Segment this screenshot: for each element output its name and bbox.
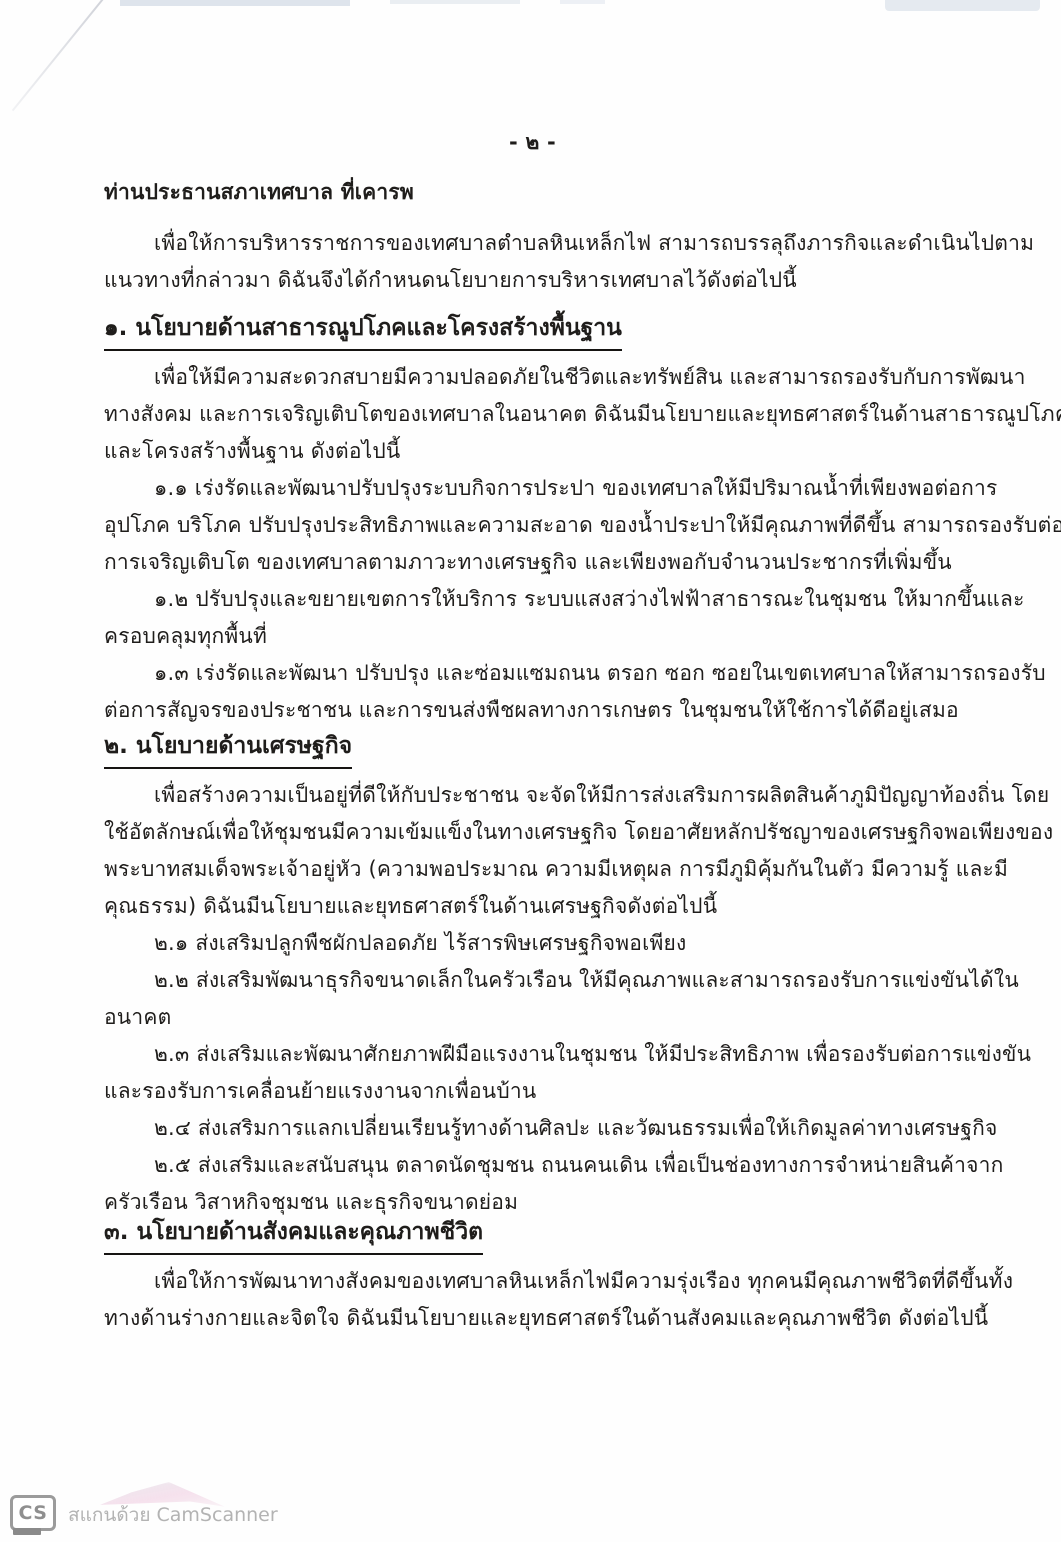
camscanner-logo-box: CS xyxy=(10,1495,56,1531)
policy-item-2-5: ๒.๕ ส่งเสริมและสนับสนุน ตลาดนัดชุมชน ถนน… xyxy=(104,1147,961,1221)
policy-item-1-3: ๑.๓ เร่งรัดและพัฒนา ปรับปรุง และซ่อมแซมถ… xyxy=(104,655,961,729)
text-line: ๒.๔ ส่งเสริมการแลกเปลี่ยนเรียนรู้ทางด้าน… xyxy=(104,1110,961,1147)
section-3-intro-paragraph: เพื่อให้การพัฒนาทางสังคมของเทศบาลหินเหล็… xyxy=(104,1263,961,1337)
text-line: เพื่อสร้างความเป็นอยู่ที่ดีให้กับประชาชน… xyxy=(104,777,961,814)
section-1-heading: ๑. นโยบายด้านสาธารณูปโภคและโครงสร้างพื้น… xyxy=(104,311,961,351)
text-line: การเจริญเติบโต ของเทศบาลตามภาวะทางเศรษฐก… xyxy=(104,544,961,581)
policy-item-2-4: ๒.๔ ส่งเสริมการแลกเปลี่ยนเรียนรู้ทางด้าน… xyxy=(104,1110,961,1147)
text-line: อุปโภค บริโภค ปรับปรุงประสิทธิภาพและความ… xyxy=(104,507,961,544)
text-line: ๑.๒ ปรับปรุงและขยายเขตการให้บริการ ระบบแ… xyxy=(104,581,961,618)
section-3-heading-text: ๓. นโยบายด้านสังคมและคุณภาพชีวิต xyxy=(104,1215,483,1255)
text-line: ๒.๑ ส่งเสริมปลูกพืชผักปลอดภัย ไร้สารพิษเ… xyxy=(104,925,961,962)
text-line: ๒.๒ ส่งเสริมพัฒนาธุรกิจขนาดเล็กในครัวเรื… xyxy=(104,962,961,999)
policy-item-1-1: ๑.๑ เร่งรัดและพัฒนาปรับปรุงระบบกิจการประ… xyxy=(104,470,961,581)
text-line: ๒.๕ ส่งเสริมและสนับสนุน ตลาดนัดชุมชน ถนน… xyxy=(104,1147,961,1184)
text-line: ๒.๓ ส่งเสริมและพัฒนาศักยภาพฝีมือแรงงานใน… xyxy=(104,1036,961,1073)
text-line: เพื่อให้การพัฒนาทางสังคมของเทศบาลหินเหล็… xyxy=(104,1263,961,1300)
section-2-heading-text: ๒. นโยบายด้านเศรษฐกิจ xyxy=(104,729,352,769)
text-line: ทางสังคม และการเจริญเติบโตของเทศบาลในอนา… xyxy=(104,396,961,433)
text-line: คุณธรรม) ดิฉันมีนโยบายและยุทธศาสตร์ในด้า… xyxy=(104,888,961,925)
policy-item-2-2: ๒.๒ ส่งเสริมพัฒนาธุรกิจขนาดเล็กในครัวเรื… xyxy=(104,962,961,1036)
camscanner-logo-tab xyxy=(13,1528,41,1535)
page-number: - ๒ - xyxy=(104,124,961,161)
policy-item-1-2: ๑.๒ ปรับปรุงและขยายเขตการให้บริการ ระบบแ… xyxy=(104,581,961,655)
text-line: แนวทางที่กล่าวมา ดิฉันจึงได้กำหนดนโยบายก… xyxy=(104,262,961,299)
scan-scratch-artifact xyxy=(12,0,108,111)
text-line: ๑.๓ เร่งรัดและพัฒนา ปรับปรุง และซ่อมแซมถ… xyxy=(104,655,961,692)
section-2-intro-paragraph: เพื่อสร้างความเป็นอยู่ที่ดีให้กับประชาชน… xyxy=(104,777,961,925)
text-line: ต่อการสัญจรของประชาชน และการขนส่งพืชผลทา… xyxy=(104,692,961,729)
text-line: เพื่อให้มีความสะดวกสบายมีความปลอดภัยในชี… xyxy=(104,359,961,396)
section-2-heading: ๒. นโยบายด้านเศรษฐกิจ xyxy=(104,729,961,769)
document-body: - ๒ - ท่านประธานสภาเทศบาล ที่เคารพ เพื่อ… xyxy=(104,0,961,1337)
section-1-intro-paragraph: เพื่อให้มีความสะดวกสบายมีความปลอดภัยในชี… xyxy=(104,359,961,470)
text-line: พระบาทสมเด็จพระเจ้าอยู่หัว (ความพอประมาณ… xyxy=(104,851,961,888)
camscanner-watermark: CS สแกนด้วย CamScanner xyxy=(10,1495,278,1535)
text-line: และโครงสร้างพื้นฐาน ดังต่อไปนี้ xyxy=(104,433,961,470)
section-1-heading-text: ๑. นโยบายด้านสาธารณูปโภคและโครงสร้างพื้น… xyxy=(104,311,622,351)
camscanner-label: สแกนด้วย CamScanner xyxy=(68,1500,278,1530)
policy-item-2-3: ๒.๓ ส่งเสริมและพัฒนาศักยภาพฝีมือแรงงานใน… xyxy=(104,1036,961,1110)
policy-item-2-1: ๒.๑ ส่งเสริมปลูกพืชผักปลอดภัย ไร้สารพิษเ… xyxy=(104,925,961,962)
scanned-document-page: - ๒ - ท่านประธานสภาเทศบาล ที่เคารพ เพื่อ… xyxy=(0,0,1061,1542)
text-line: และรองรับการเคลื่อนย้ายแรงงานจากเพื่อนบ้… xyxy=(104,1073,961,1110)
text-line: อนาคต xyxy=(104,999,961,1036)
camscanner-logo-icon: CS xyxy=(10,1495,56,1535)
text-line: ๑.๑ เร่งรัดและพัฒนาปรับปรุงระบบกิจการประ… xyxy=(104,470,961,507)
text-line: ทางด้านร่างกายและจิตใจ ดิฉันมีนโยบายและย… xyxy=(104,1300,961,1337)
text-line: ครอบคลุมทุกพื้นที่ xyxy=(104,618,961,655)
text-line: ใช้อัตลักษณ์เพื่อให้ชุมชนมีความเข้มแข็งใ… xyxy=(104,814,961,851)
intro-paragraph: เพื่อให้การบริหารราชการของเทศบาลตำบลหินเ… xyxy=(104,225,961,299)
text-line: เพื่อให้การบริหารราชการของเทศบาลตำบลหินเ… xyxy=(104,225,961,262)
salutation-line: ท่านประธานสภาเทศบาล ที่เคารพ xyxy=(104,174,961,211)
section-3-heading: ๓. นโยบายด้านสังคมและคุณภาพชีวิต xyxy=(104,1215,961,1255)
